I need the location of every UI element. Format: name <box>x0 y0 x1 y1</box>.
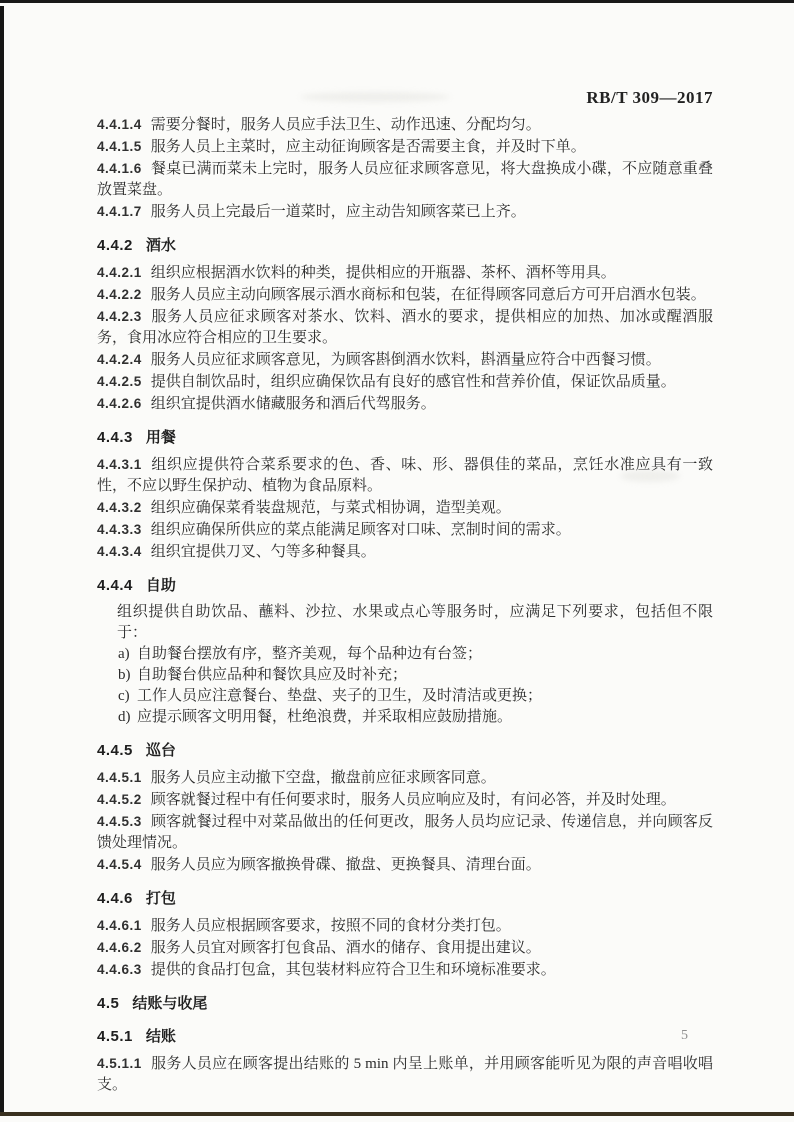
clause-heading-number: 4.5 <box>97 995 119 1012</box>
clause-paragraph: 4.4.2.5提供自制饮品时，组织应确保饮品有良好的感官性和营养价值，保证饮品质… <box>97 371 713 393</box>
clause-text: 组织应确保菜肴装盘规范，与菜式相协调，造型美观。 <box>151 500 511 516</box>
clause-text: 需要分餐时，服务人员应手法卫生、动作迅速、分配均匀。 <box>151 117 541 133</box>
clause-heading-number: 4.4.2 <box>97 237 133 254</box>
list-item-marker: d) <box>118 707 131 728</box>
clause-text: 服务人员应征求顾客对茶水、饮料、酒水的要求，提供相应的加热、加冰或醒酒服务，食用… <box>97 309 713 346</box>
page-number: 5 <box>681 1028 688 1044</box>
clause-heading-title: 打包 <box>146 890 176 907</box>
clause-paragraph: 4.4.5.2顾客就餐过程中有任何要求时，服务人员应响应及时，有问必答，并及时处… <box>97 789 713 811</box>
clause-number: 4.4.1.5 <box>97 139 142 154</box>
clause-heading-number: 4.4.3 <box>97 429 133 446</box>
clause-number: 4.4.2.2 <box>97 287 142 302</box>
clause-heading-title: 自助 <box>146 577 176 594</box>
list-item-text: 自助餐台供应品种和餐饮具应及时补充； <box>137 667 407 683</box>
clause-number: 4.5.1.1 <box>97 1056 142 1071</box>
clause-heading: 4.5.1结账 <box>97 1026 713 1047</box>
clause-paragraph: 4.4.3.2组织应确保菜肴装盘规范，与菜式相协调，造型美观。 <box>97 497 713 519</box>
clause-heading-number: 4.4.5 <box>97 742 133 759</box>
clause-number: 4.4.1.7 <box>97 204 142 219</box>
clause-heading-title: 酒水 <box>146 237 176 254</box>
clause-paragraph: 4.4.2.1组织应根据酒水饮料的种类，提供相应的开瓶器、茶杯、酒杯等用具。 <box>97 262 713 284</box>
scanned-standard-page: RB/T 309—2017 4.4.1.4需要分餐时，服务人员应手法卫生、动作迅… <box>0 0 794 1122</box>
list-item-text: 应提示顾客文明用餐，杜绝浪费，并采取相应鼓励措施。 <box>137 709 512 725</box>
clause-number: 4.4.3.4 <box>97 544 142 559</box>
clause-paragraph: 4.4.1.4需要分餐时，服务人员应手法卫生、动作迅速、分配均匀。 <box>97 114 713 136</box>
clause-number: 4.4.5.4 <box>97 857 142 872</box>
clause-paragraph: 4.4.3.4组织宜提供刀叉、勺等多种餐具。 <box>97 541 713 563</box>
scan-smudge <box>300 92 450 102</box>
clause-paragraph: 4.4.5.1服务人员应主动撤下空盘，撤盘前应征求顾客同意。 <box>97 767 713 789</box>
clause-heading-title: 结账与收尾 <box>132 995 207 1012</box>
list-item-text: 工作人员应注意餐台、垫盘、夹子的卫生，及时清洁或更换； <box>137 688 542 704</box>
clause-heading-number: 4.4.4 <box>97 577 133 594</box>
clause-text: 服务人员应根据顾客要求，按照不同的食材分类打包。 <box>151 918 511 934</box>
list-item: d)应提示顾客文明用餐，杜绝浪费，并采取相应鼓励措施。 <box>97 707 713 728</box>
clause-paragraph: 4.4.3.3组织应确保所供应的菜点能满足顾客对口味、烹制时间的需求。 <box>97 519 713 541</box>
list-item-marker: a) <box>118 644 130 665</box>
clause-number: 4.4.2.1 <box>97 265 142 280</box>
scan-edge-top <box>0 0 794 3</box>
clause-text: 服务人员应征求顾客意见，为顾客斟倒酒水饮料，斟酒量应符合中西餐习惯。 <box>151 352 661 368</box>
clause-heading-title: 结账 <box>146 1028 176 1045</box>
list-item: b)自助餐台供应品种和餐饮具应及时补充； <box>97 665 713 686</box>
clause-heading: 4.4.2酒水 <box>97 235 713 256</box>
clause-text: 服务人员上完最后一道菜时，应主动告知顾客菜已上齐。 <box>151 204 526 220</box>
clause-text: 组织宜提供酒水储藏服务和酒后代驾服务。 <box>151 396 436 412</box>
clause-number: 4.4.1.4 <box>97 117 142 132</box>
list-item-text: 自助餐台摆放有序，整齐美观，每个品种边有台签； <box>137 646 482 662</box>
clause-paragraph: 4.4.5.4服务人员应为顾客撤换骨碟、撤盘、更换餐具、清理台面。 <box>97 854 713 876</box>
clause-text: 提供的食品打包盒，其包装材料应符合卫生和环境标准要求。 <box>151 962 556 978</box>
clause-heading: 4.4.3用餐 <box>97 427 713 448</box>
clause-text: 组织应确保所供应的菜点能满足顾客对口味、烹制时间的需求。 <box>151 522 571 538</box>
clause-text: 服务人员上主菜时，应主动征询顾客是否需要主食，并及时下单。 <box>151 139 586 155</box>
clause-number: 4.4.5.3 <box>97 814 142 829</box>
clause-heading: 4.4.5巡台 <box>97 740 713 761</box>
clause-heading: 4.4.6打包 <box>97 888 713 909</box>
clause-heading-title: 用餐 <box>146 429 176 446</box>
clause-heading-number: 4.5.1 <box>97 1028 133 1045</box>
clause-number: 4.4.6.2 <box>97 940 142 955</box>
clause-text: 服务人员应主动向顾客展示酒水商标和包装，在征得顾客同意后方可开启酒水包装。 <box>151 287 706 303</box>
clause-paragraph: 4.4.5.3顾客就餐过程中对菜品做出的任何更改，服务人员均应记录、传递信息，并… <box>97 811 713 854</box>
list-item: a)自助餐台摆放有序，整齐美观，每个品种边有台签； <box>97 644 713 665</box>
clause-heading-number: 4.4.6 <box>97 890 133 907</box>
clause-text: 顾客就餐过程中有任何要求时，服务人员应响应及时，有问必答，并及时处理。 <box>151 792 676 808</box>
document-body: 4.4.1.4需要分餐时，服务人员应手法卫生、动作迅速、分配均匀。4.4.1.5… <box>97 114 713 1096</box>
clause-number: 4.4.6.1 <box>97 918 142 933</box>
clause-text: 餐桌已满而菜未上完时，服务人员应征求顾客意见，将大盘换成小碟，不应随意重叠放置菜… <box>97 161 713 198</box>
clause-text: 组织应根据酒水饮料的种类，提供相应的开瓶器、茶杯、酒杯等用具。 <box>151 265 616 281</box>
clause-paragraph: 4.4.1.7服务人员上完最后一道菜时，应主动告知顾客菜已上齐。 <box>97 201 713 223</box>
scan-edge-left <box>0 6 4 1114</box>
standard-number-header: RB/T 309—2017 <box>586 88 713 108</box>
clause-number: 4.4.3.2 <box>97 500 142 515</box>
clause-heading: 4.4.4自助 <box>97 575 713 596</box>
clause-text: 服务人员应主动撤下空盘，撤盘前应征求顾客同意。 <box>151 770 496 786</box>
clause-paragraph: 4.4.2.2服务人员应主动向顾客展示酒水商标和包装，在征得顾客同意后方可开启酒… <box>97 284 713 306</box>
clause-number: 4.4.5.1 <box>97 770 142 785</box>
clause-text: 提供自制饮品时，组织应确保饮品有良好的感官性和营养价值，保证饮品质量。 <box>151 374 676 390</box>
clause-number: 4.4.3.3 <box>97 522 142 537</box>
list-item-marker: c) <box>118 686 130 707</box>
list-intro-paragraph: 组织提供自助饮品、蘸料、沙拉、水果或点心等服务时，应满足下列要求，包括但不限于： <box>97 602 713 644</box>
clause-number: 4.4.5.2 <box>97 792 142 807</box>
clause-text: 服务人员宜对顾客打包食品、酒水的储存、食用提出建议。 <box>151 940 541 956</box>
clause-number: 4.4.2.5 <box>97 374 142 389</box>
clause-number: 4.4.2.4 <box>97 352 142 367</box>
list-intro-text: 组织提供自助饮品、蘸料、沙拉、水果或点心等服务时，应满足下列要求，包括但不限于： <box>117 604 713 641</box>
list-item: c)工作人员应注意餐台、垫盘、夹子的卫生，及时清洁或更换； <box>97 686 713 707</box>
clause-text: 组织宜提供刀叉、勺等多种餐具。 <box>151 544 376 560</box>
clause-paragraph: 4.4.1.6餐桌已满而菜未上完时，服务人员应征求顾客意见，将大盘换成小碟，不应… <box>97 158 713 201</box>
clause-heading: 4.5结账与收尾 <box>97 993 713 1014</box>
clause-paragraph: 4.5.1.1服务人员应在顾客提出结账的 5 min 内呈上账单，并用顾客能听见… <box>97 1053 713 1096</box>
clause-number: 4.4.2.3 <box>97 309 142 324</box>
clause-text: 服务人员应在顾客提出结账的 5 min 内呈上账单，并用顾客能听见为限的声音唱收… <box>97 1056 713 1093</box>
clause-number: 4.4.1.6 <box>97 161 142 176</box>
clause-paragraph: 4.4.2.3服务人员应征求顾客对茶水、饮料、酒水的要求，提供相应的加热、加冰或… <box>97 306 713 349</box>
list-item-marker: b) <box>118 665 131 686</box>
clause-paragraph: 4.4.2.6组织宜提供酒水储藏服务和酒后代驾服务。 <box>97 393 713 415</box>
clause-paragraph: 4.4.3.1组织应提供符合菜系要求的色、香、味、形、器俱佳的菜品，烹饪水准应具… <box>97 454 713 497</box>
clause-text: 服务人员应为顾客撤换骨碟、撤盘、更换餐具、清理台面。 <box>151 857 541 873</box>
clause-number: 4.4.6.3 <box>97 962 142 977</box>
clause-paragraph: 4.4.1.5服务人员上主菜时，应主动征询顾客是否需要主食，并及时下单。 <box>97 136 713 158</box>
clause-paragraph: 4.4.6.2服务人员宜对顾客打包食品、酒水的储存、食用提出建议。 <box>97 937 713 959</box>
clause-number: 4.4.2.6 <box>97 396 142 411</box>
clause-number: 4.4.3.1 <box>97 457 142 472</box>
clause-paragraph: 4.4.6.1服务人员应根据顾客要求，按照不同的食材分类打包。 <box>97 915 713 937</box>
clause-text: 组织应提供符合菜系要求的色、香、味、形、器俱佳的菜品，烹饪水准应具有一致性，不应… <box>97 457 713 494</box>
scan-edge-bottom <box>0 1112 794 1116</box>
clause-heading-title: 巡台 <box>146 742 176 759</box>
clause-paragraph: 4.4.6.3提供的食品打包盒，其包装材料应符合卫生和环境标准要求。 <box>97 959 713 981</box>
clause-paragraph: 4.4.2.4服务人员应征求顾客意见，为顾客斟倒酒水饮料，斟酒量应符合中西餐习惯… <box>97 349 713 371</box>
clause-text: 顾客就餐过程中对菜品做出的任何更改，服务人员均应记录、传递信息，并向顾客反馈处理… <box>97 814 713 851</box>
